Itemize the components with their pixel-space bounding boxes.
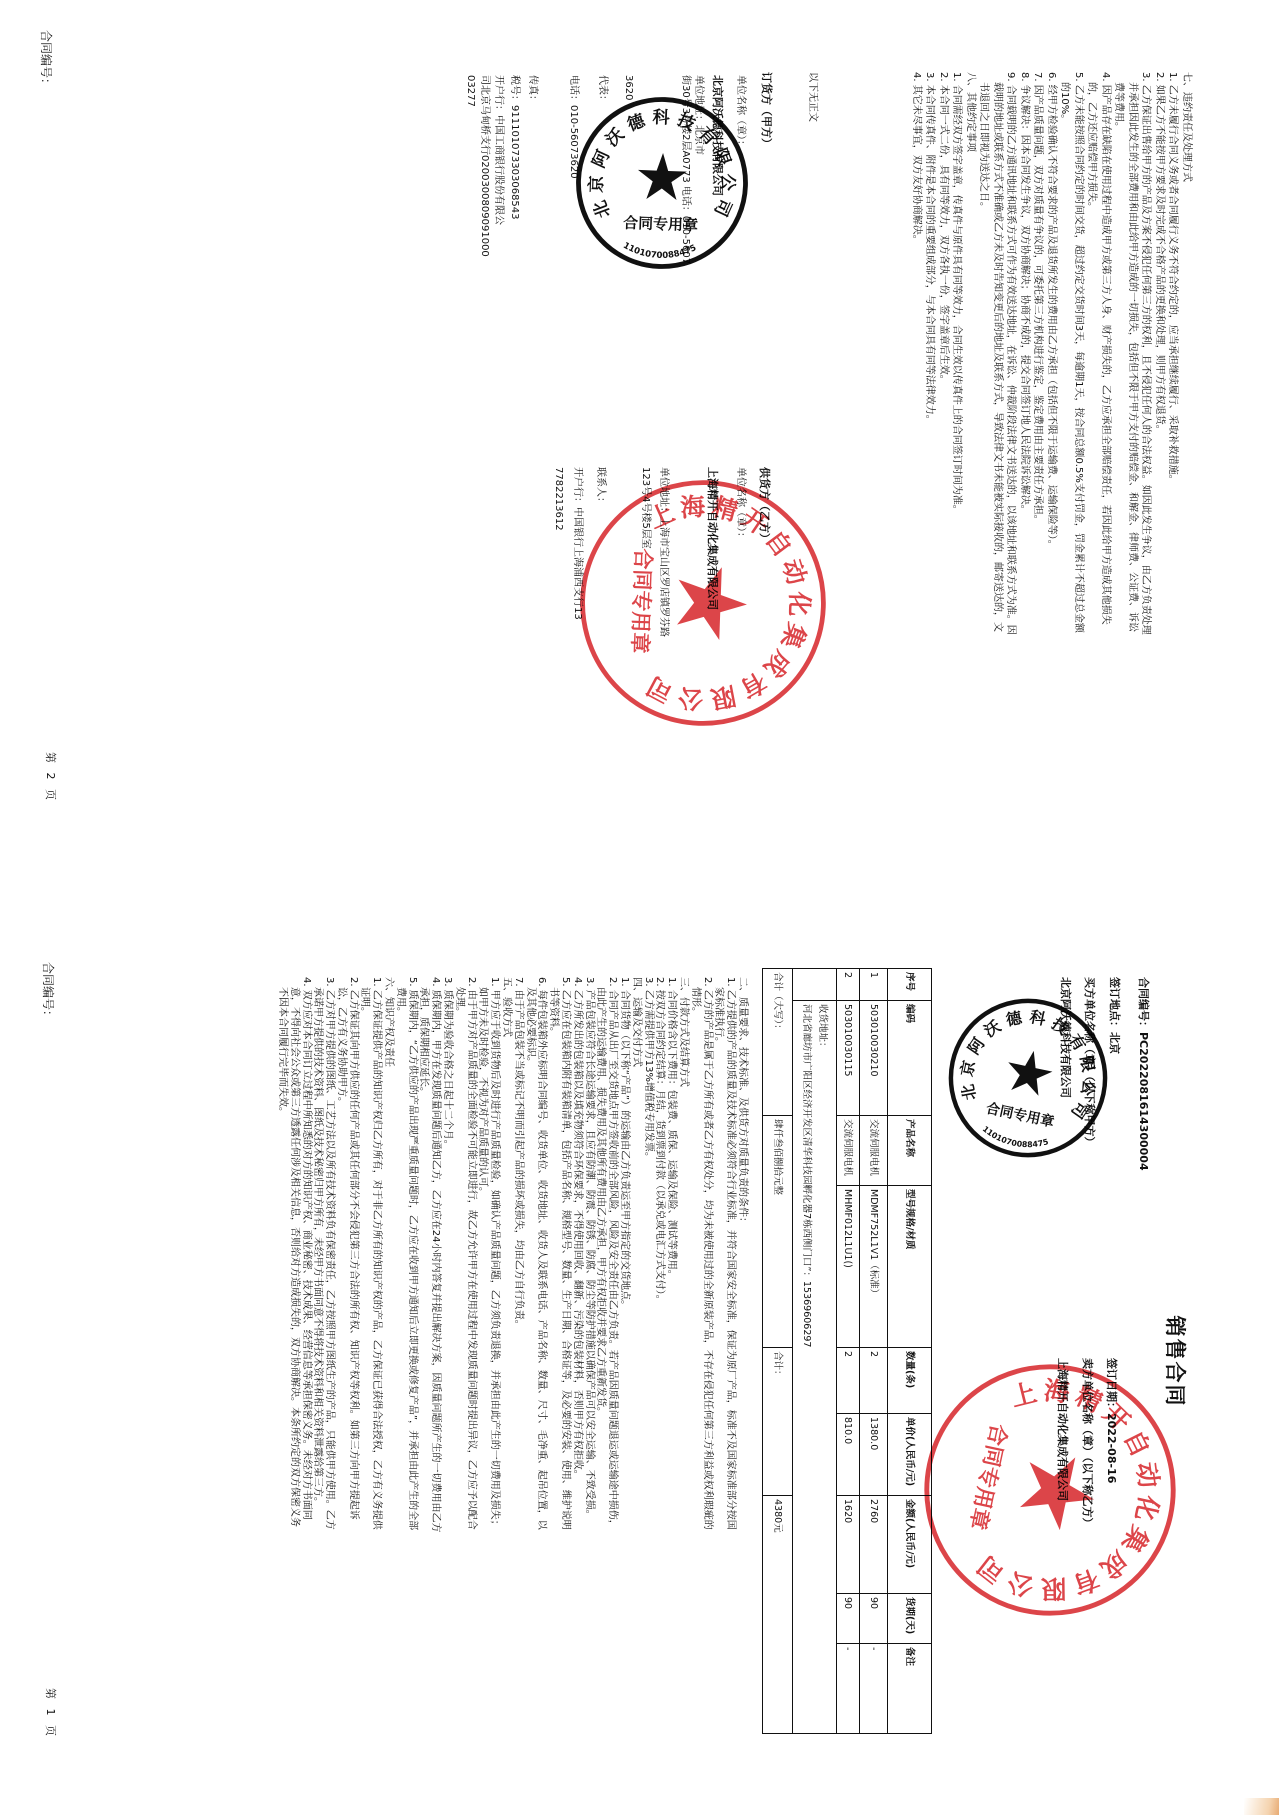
section-heading: 六、知识产权及责任 [382,977,394,1533]
section-heading: 八、其他约定事项 [964,72,978,640]
clause-paragraph: 2. 乙方的产品是属于乙方所有或者乙方有权处分，均为未被使用过的全新原装产品，不… [689,977,713,1533]
cell-amount: 2760 [860,1496,888,1594]
cell-model: MHMF012L1U1() [837,1186,860,1348]
seller-bank-account: 7782213612 [552,467,564,531]
clause-paragraph: 1. 乙方保证提供产品的知识产权归乙方所有，对于非乙方所有的知识产权的产品，乙方… [359,977,383,1533]
clause-paragraph: 6. 每件包装箱外应标明合同编号、收货单位、收货地址、收货人及联系电话、产品名称… [524,977,548,1533]
stamp-number: 1101070088475 [979,1123,1051,1154]
clause-paragraph: 1. 甲方应于收到货物后及时进行产品质量检验，如确认产品质量问题，乙方须负责退换… [477,977,501,1533]
cell-unit-price: 810.0 [837,1414,860,1496]
stamp-center-text: 合同专用章 [627,548,656,654]
seller-company-stamp: 上海精开自动化集成有限公司 合同专用章 [893,1333,1206,1646]
contract-number: 合同编号：PC2022081614300004 [1137,977,1149,1171]
clause-paragraph: 3. 产品包装应符合长途运输要求，且应有防潮、防震、防锈、防腐、防尘等防护措施以… [583,977,595,1533]
cell-index: 1 [860,969,888,1001]
cell-empty [793,969,837,1001]
contract-page-2: 七、违约责任及处理方式1. 乙方未履行合同义务或者合同履行义务不符合约定的，应当… [0,0,1279,907]
clause-paragraph: 6. 经甲方检验确认不符合要求的产品及退货所发生的费用由乙方承担（包括但不限于运… [1045,72,1059,640]
document-title: 销售合同 [1163,908,1187,1815]
clause-paragraph: 2. 按双方合同约定结算：月结，货到票到付款（以承兑或电汇方式支付）。 [654,977,666,1533]
clause-paragraph: 4. 质保期内，甲方在发现质量问题后通知乙方，乙方应在24小时内答复并提出解决方… [418,977,442,1533]
clause-paragraph: 2. 如果乙方不能按甲方要求及时完成不合格产品的更换和处理，则甲方有权退货。 [1153,72,1167,640]
star-icon [637,152,687,200]
delivery-address-row: 收货地址： 河北省廊坊市广阳区经济开发区清华科技园孵化器7栋西侧门口”：1536… [793,969,837,1734]
delivery-address-cell: 收货地址： 河北省廊坊市广阳区经济开发区清华科技园孵化器7栋西侧门口”：1536… [793,1001,837,1734]
buyer-company-stamp: 北京阿沃德科技有限公司 合同专用章 1101070088475 [568,89,756,277]
col-header-remarks: 备注 [888,1644,932,1734]
clause-paragraph: 5. 乙方应在包装箱内附有装箱清单，包括产品名称、规格型号、数量、生产日期、合格… [547,977,571,1533]
clause-paragraph: 1. 乙方提供的产品的质量及技术标准必须符合行业标准，并符合国家安全标准，保证为… [713,977,737,1533]
clause-paragraph: 3. 质保期为验收合格之日起十二个月。 [441,977,453,1533]
total-label: 合计： [763,1348,793,1496]
contract-terms-page-1: 二、质量要求、技术标准、及供货方对质量负责的条件：1. 乙方提供的产品的质量及技… [276,977,748,1533]
cell-lead-time: 90 [860,1594,888,1644]
total-in-words-label: 合计（大写）： [763,969,793,1116]
contract-terms-page-2: 七、违约责任及处理方式1. 乙方未履行合同义务或者合同履行义务不符合约定的，应当… [910,72,1194,640]
cell-code: 503010030115 [837,1001,860,1116]
buyer-block-heading: 订货方（甲方） [760,72,772,149]
delivery-address-label: 收货地址： [817,1004,828,1730]
svg-text:1101070088475: 1101070088475 [979,1123,1051,1154]
stamp-center-text: 合同专用章 [985,1100,1056,1131]
page-number: 第 1 页 [44,1688,56,1739]
footer-contract-number-label: 合同编号： [40,30,52,90]
star-icon [677,566,749,641]
clause-paragraph: 1. 乙方未履行合同义务或者合同履行义务不符合约定的，应当承担继续履行、采取补救… [1166,72,1180,640]
cell-lead-time: 90 [837,1594,860,1644]
cell-remarks: - [837,1644,860,1734]
clause-paragraph: 1. 合同价格含以下费用：包装费、质保、运输及保险、测试等费用。 [665,977,677,1533]
clause-paragraph: 1. 合同货物（以下称“产品”）的运输由乙方负责运至甲方指定的交货地点。 [618,977,630,1533]
cell-remarks: - [860,1644,888,1734]
end-of-text-note: 以下无正文 [806,72,818,122]
cell-quantity: 2 [860,1348,888,1414]
clause-paragraph: 3. 乙方保证出售给甲方的产品及方案不侵犯任何第三方的权利，且不侵犯任何人的合法… [1112,72,1153,640]
buyer-tax-id: 税号：911101073303068543 [508,75,520,220]
clause-paragraph: 2. 乙方保证其向甲方供应的任何产品或其任何部分不会侵犯第三方合法的所有权、知识… [335,977,359,1533]
clause-paragraph: 3. 本合同传真件、附件是本合同的重要组成部分，与本合同具有同等法律效力。 [923,72,937,640]
star-icon [1017,1448,1102,1535]
section-heading: 五、验收方式 [500,977,512,1533]
buyer-bank-account-cont: 03277 [464,75,476,107]
table-header-row: 序号 编码 产品名称 型号规格/材质 数量(条) 单价(人民币/元) 金额(人民… [888,969,932,1734]
scan-edge-artifact [1244,1798,1279,1815]
clause-paragraph: 2. 本合同一式二份，具有同等效力，双方各执一份，签字盖章后生效。 [937,72,951,640]
total-in-words: 肆仟叁佰捌拾元整 [763,1116,793,1348]
clause-paragraph: 5. 乙方未能按照合同约定的时间交货，超过约定交货时间3天，每逾期1天，按合同总… [1058,72,1085,640]
buyer-fax: 传真： [526,75,538,105]
clause-paragraph: 2. 由于甲方对产品质量的全面检验不可能立即进行，故乙方允许甲方在使用过程中发现… [453,977,477,1533]
footer-contract-number-label: 合同编号： [42,962,54,1022]
stamp-center-text: 合同专用章 [964,1422,1012,1533]
clause-paragraph: 7. 因产品质量问题，双方对质量有争议的，可委托第三方机构进行鉴定，鉴定费用由主… [1031,72,1045,640]
col-header-lead-time: 货期(天) [888,1594,932,1644]
cell-amount: 1620 [837,1496,860,1594]
clause-paragraph: 4. 双方应对本合同订立过程中所知悉的对方的知识产权、商业秘密、技术成果、经营信… [276,977,311,1533]
product-table: 序号 编码 产品名称 型号规格/材质 数量(条) 单价(人民币/元) 金额(人民… [762,968,932,1734]
section-heading: 四、运输及交付方式 [630,977,642,1533]
cell-unit-price: 1380.0 [860,1414,888,1496]
clause-paragraph: 3. 乙方需提供甲方13%增值税专用发票。 [642,977,654,1533]
seller-company-stamp: 上海精开自动化集成有限公司 合同专用章 [570,470,837,737]
clause-paragraph: 4. 乙方所发出的包装箱以及填充物须符合环保要求，不得使用回收、翻新、污染的包装… [571,977,583,1533]
total-row: 合计（大写）： 肆仟叁佰捌拾元整 合计： 4380元 [763,969,793,1734]
buyer-company-stamp: 北京阿沃德科技有限公司 合同专用章 1101070088475 [928,978,1127,1177]
table-row: 1 503010030210 交流伺服电机 MDMF752L1V1（标准） 2 … [860,969,888,1734]
clause-paragraph: 7. 由于产品包装不当或标记不明而引起产品的损坏或损失，均由乙方自行负责。 [512,977,524,1533]
delivery-address: 河北省廊坊市广阳区经济开发区清华科技园孵化器7栋西侧门口”：1536960629… [801,1004,812,1730]
clause-paragraph: 9. 合同载明的乙方通讯地址和联系方式可作为有效送达地址，在诉讼、仲裁阶段法律文… [977,72,1018,640]
clause-paragraph: 2. 合同产品从出厂至交货地点甲方签收前的全部风险，风险及安全责任由乙方负责。若… [595,977,619,1533]
section-heading: 三、付款方式及结算方式 [677,977,689,1533]
section-heading: 七、违约责任及处理方式 [1180,72,1194,640]
total-value: 4380元 [763,1496,793,1734]
page-number: 第 2 页 [44,752,56,803]
cell-model: MDMF752L1V1（标准） [860,1186,888,1348]
stamp-center-text: 合同专用章 [623,214,698,235]
col-header-index: 序号 [888,969,932,1001]
clause-paragraph: 3. 乙方对甲方提供的图纸、工艺方法以及所有技术资料负有保密责任，乙方按照甲方图… [312,977,336,1533]
contract-page-1: 销售合同 合同编号：PC2022081614300004 签订地点：北京 买方单… [0,908,1279,1815]
col-header-quantity: 数量(条) [888,1348,932,1414]
cell-product-name: 交流伺服电机 [837,1116,860,1186]
cell-code: 503010030210 [860,1001,888,1116]
star-icon [1003,1046,1056,1097]
clause-paragraph: 1. 合同需经双方签字盖章，传真件与原件具有同等效力，合同生效以传真件上的合同签… [950,72,964,640]
table-row: 2 503010030115 交流伺服电机 MHMF012L1U1() 2 81… [837,969,860,1734]
col-header-code: 编码 [888,1001,932,1116]
buyer-bank: 开户行：中国工商银行股份有限公 [492,75,504,225]
cell-product-name: 交流伺服电机 [860,1116,888,1186]
section-heading: 二、质量要求、技术标准、及供货方对质量负责的条件： [736,977,748,1533]
clause-paragraph: 4. 其它未尽事宜，双方友好协商解决。 [910,72,924,640]
clause-paragraph: 8. 争议解决：因本合同发生争议，双方协商解决；协商不成的，提交合同签订地人民法… [1018,72,1032,640]
clause-paragraph: 5. 质保期内，“乙方供应的产品出现严重质量问题时，乙方应在收到甲方通知后立即更… [394,977,418,1533]
col-header-product-name: 产品名称 [888,1116,932,1186]
col-header-model: 型号规格/材质 [888,1186,932,1348]
cell-index: 2 [837,969,860,1001]
clause-paragraph: 4. 因产品存在缺陷在使用过程中造成甲方或第三方人身、财产损失的，乙方应承担全部… [1085,72,1112,640]
buyer-bank-cont: 司北京马甸桥支行0200300809091000 [478,75,490,257]
cell-quantity: 2 [837,1348,860,1414]
